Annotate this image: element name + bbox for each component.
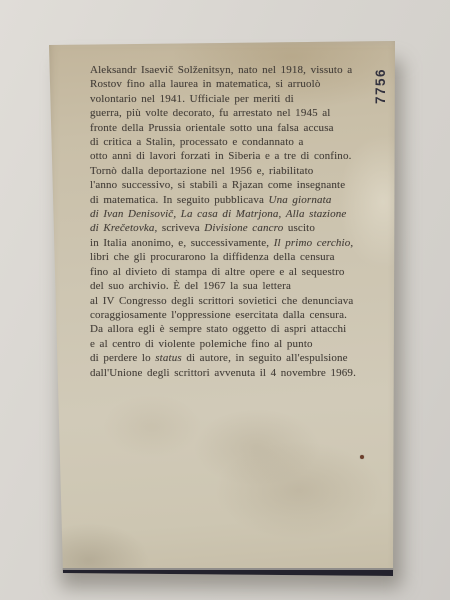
text-line: di perdere lo status di autore, in segui… [90, 351, 386, 365]
text-line: del suo archivio. È del 1967 la sua lett… [90, 279, 386, 293]
text-line: Rostov fino alla laurea in matematica, s… [90, 77, 386, 91]
photo-background: Aleksandr Isaevič Solženitsyn, nato nel … [0, 0, 450, 600]
text-line: l'anno successivo, si stabilì a Rjazan c… [90, 178, 386, 192]
text-line: libri che gli procurarono la diffidenza … [90, 250, 386, 264]
text-line: al IV Congresso degli scrittori sovietic… [90, 294, 386, 308]
text-line: fronte della Prussia orientale sotto una… [90, 121, 386, 135]
text-line: fino al divieto di stampa di altre opere… [90, 265, 386, 279]
text-line: di critica a Stalin, processato e condan… [90, 135, 386, 149]
text-line: di Krečetovka, scriveva Divisione cancro… [90, 221, 386, 235]
text-line: di Ivan Denisovič, La casa di Matrjona, … [90, 207, 386, 221]
text-line: di matematica. In seguito pubblicava Una… [90, 193, 386, 207]
library-label: 7756 [373, 53, 391, 119]
book-back-cover: Aleksandr Isaevič Solženitsyn, nato nel … [47, 41, 397, 576]
text-line: volontario nel 1941. Ufficiale per merit… [90, 92, 386, 106]
text-line: guerra, più volte decorato, fu arrestato… [90, 106, 386, 120]
biography-text: Aleksandr Isaevič Solženitsyn, nato nel … [90, 63, 386, 380]
stain-speck [360, 455, 364, 459]
text-line: e al centro di violente polemiche fino a… [90, 337, 386, 351]
text-line: in Italia anonimo, e, successivamente, I… [90, 236, 386, 250]
text-line: coraggiosamente l'oppressione esercitata… [90, 308, 386, 322]
text-line: Da allora egli è sempre stato oggetto di… [90, 322, 386, 336]
dust-jacket: Aleksandr Isaevič Solženitsyn, nato nel … [47, 41, 397, 576]
text-line: dall'Unione degli scrittori avvenuta il … [90, 366, 386, 380]
text-line: Tornò dalla deportazione nel 1956 e, ria… [90, 164, 386, 178]
text-line: otto anni di lavori forzati in Siberia e… [90, 149, 386, 163]
library-label-number: 7756 [373, 68, 388, 104]
text-line: Aleksandr Isaevič Solženitsyn, nato nel … [90, 63, 386, 77]
